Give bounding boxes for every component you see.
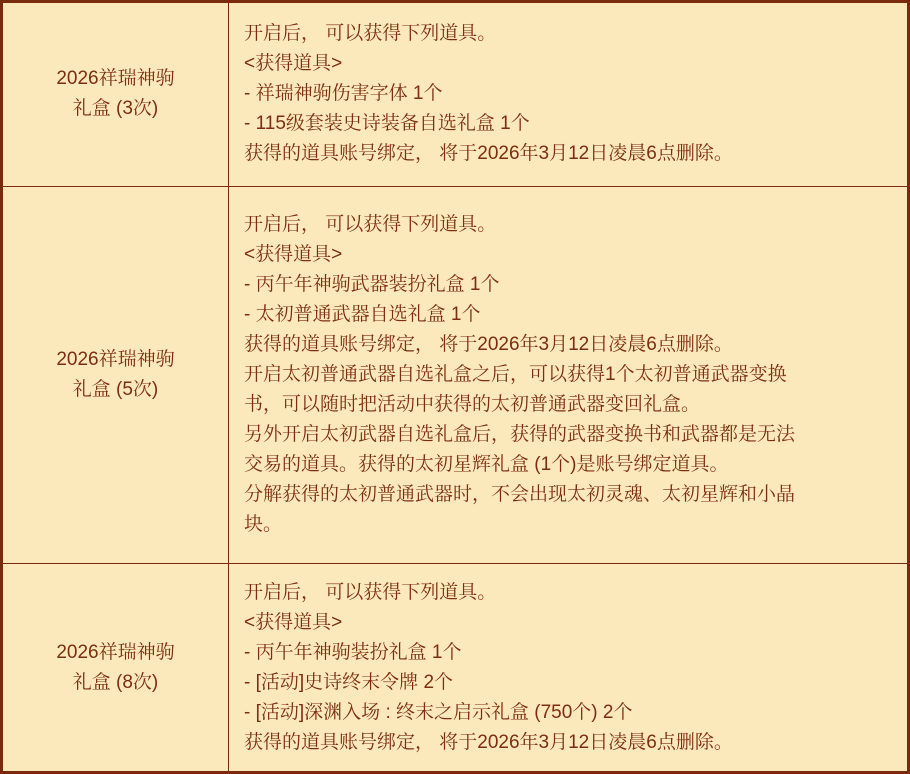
description-line: <获得道具> [244, 49, 892, 79]
description-line: 获得的道具账号绑定， 将于2026年3月12日凌晨6点删除。 [244, 728, 892, 758]
description-line: 开启太初普通武器自选礼盒之后，可以获得1个太初普通武器变换 [244, 360, 892, 390]
description-line: 另外开启太初武器自选礼盒后，获得的武器变换书和武器都是无法 [244, 420, 892, 450]
description-line: 分解获得的太初普通武器时，不会出现太初灵魂、太初星辉和小晶 [244, 480, 892, 510]
description-line: - 丙午年神驹装扮礼盒 1个 [244, 638, 892, 668]
table-row: 2026祥瑞神驹 礼盒 (8次) 开启后， 可以获得下列道具。 <获得道具> -… [2, 564, 909, 773]
giftbox-description-cell: 开启后， 可以获得下列道具。 <获得道具> - 祥瑞神驹伤害字体 1个 - 11… [229, 2, 909, 187]
reward-table: 2026祥瑞神驹 礼盒 (3次) 开启后， 可以获得下列道具。 <获得道具> -… [0, 0, 910, 774]
giftbox-description-cell: 开启后， 可以获得下列道具。 <获得道具> - 丙午年神驹装扮礼盒 1个 - [… [229, 564, 909, 773]
giftbox-name-cell: 2026祥瑞神驹 礼盒 (5次) [2, 186, 229, 563]
giftbox-name-line: 礼盒 (5次) [9, 375, 222, 405]
description-line: <获得道具> [244, 240, 892, 270]
description-line: 获得的道具账号绑定， 将于2026年3月12日凌晨6点删除。 [244, 330, 892, 360]
table-row: 2026祥瑞神驹 礼盒 (3次) 开启后， 可以获得下列道具。 <获得道具> -… [2, 2, 909, 187]
giftbox-description-cell: 开启后， 可以获得下列道具。 <获得道具> - 丙午年神驹武器装扮礼盒 1个 -… [229, 186, 909, 563]
description-line: - [活动]深渊入场 : 终末之启示礼盒 (750个) 2个 [244, 698, 892, 728]
description-line: <获得道具> [244, 608, 892, 638]
description-line: 获得的道具账号绑定， 将于2026年3月12日凌晨6点删除。 [244, 139, 892, 169]
description-line: 书，可以随时把活动中获得的太初普通武器变回礼盒。 [244, 390, 892, 420]
description-line: 开启后， 可以获得下列道具。 [244, 578, 892, 608]
table-row: 2026祥瑞神驹 礼盒 (5次) 开启后， 可以获得下列道具。 <获得道具> -… [2, 186, 909, 563]
description-line: - 祥瑞神驹伤害字体 1个 [244, 79, 892, 109]
description-line: 开启后， 可以获得下列道具。 [244, 210, 892, 240]
description-line: 开启后， 可以获得下列道具。 [244, 19, 892, 49]
giftbox-name-line: 礼盒 (8次) [9, 668, 222, 698]
giftbox-name-cell: 2026祥瑞神驹 礼盒 (3次) [2, 2, 229, 187]
giftbox-name-line: 2026祥瑞神驹 [9, 638, 222, 668]
description-line: - 115级套装史诗装备自选礼盒 1个 [244, 109, 892, 139]
giftbox-name-cell: 2026祥瑞神驹 礼盒 (8次) [2, 564, 229, 773]
description-line: - 丙午年神驹武器装扮礼盒 1个 [244, 270, 892, 300]
giftbox-name-line: 2026祥瑞神驹 [9, 345, 222, 375]
giftbox-name-line: 礼盒 (3次) [9, 94, 222, 124]
description-line: - [活动]史诗终末令牌 2个 [244, 668, 892, 698]
description-line: 块。 [244, 510, 892, 540]
giftbox-name-line: 2026祥瑞神驹 [9, 64, 222, 94]
description-line: - 太初普通武器自选礼盒 1个 [244, 300, 892, 330]
description-line: 交易的道具。获得的太初星辉礼盒 (1个)是账号绑定道具。 [244, 450, 892, 480]
